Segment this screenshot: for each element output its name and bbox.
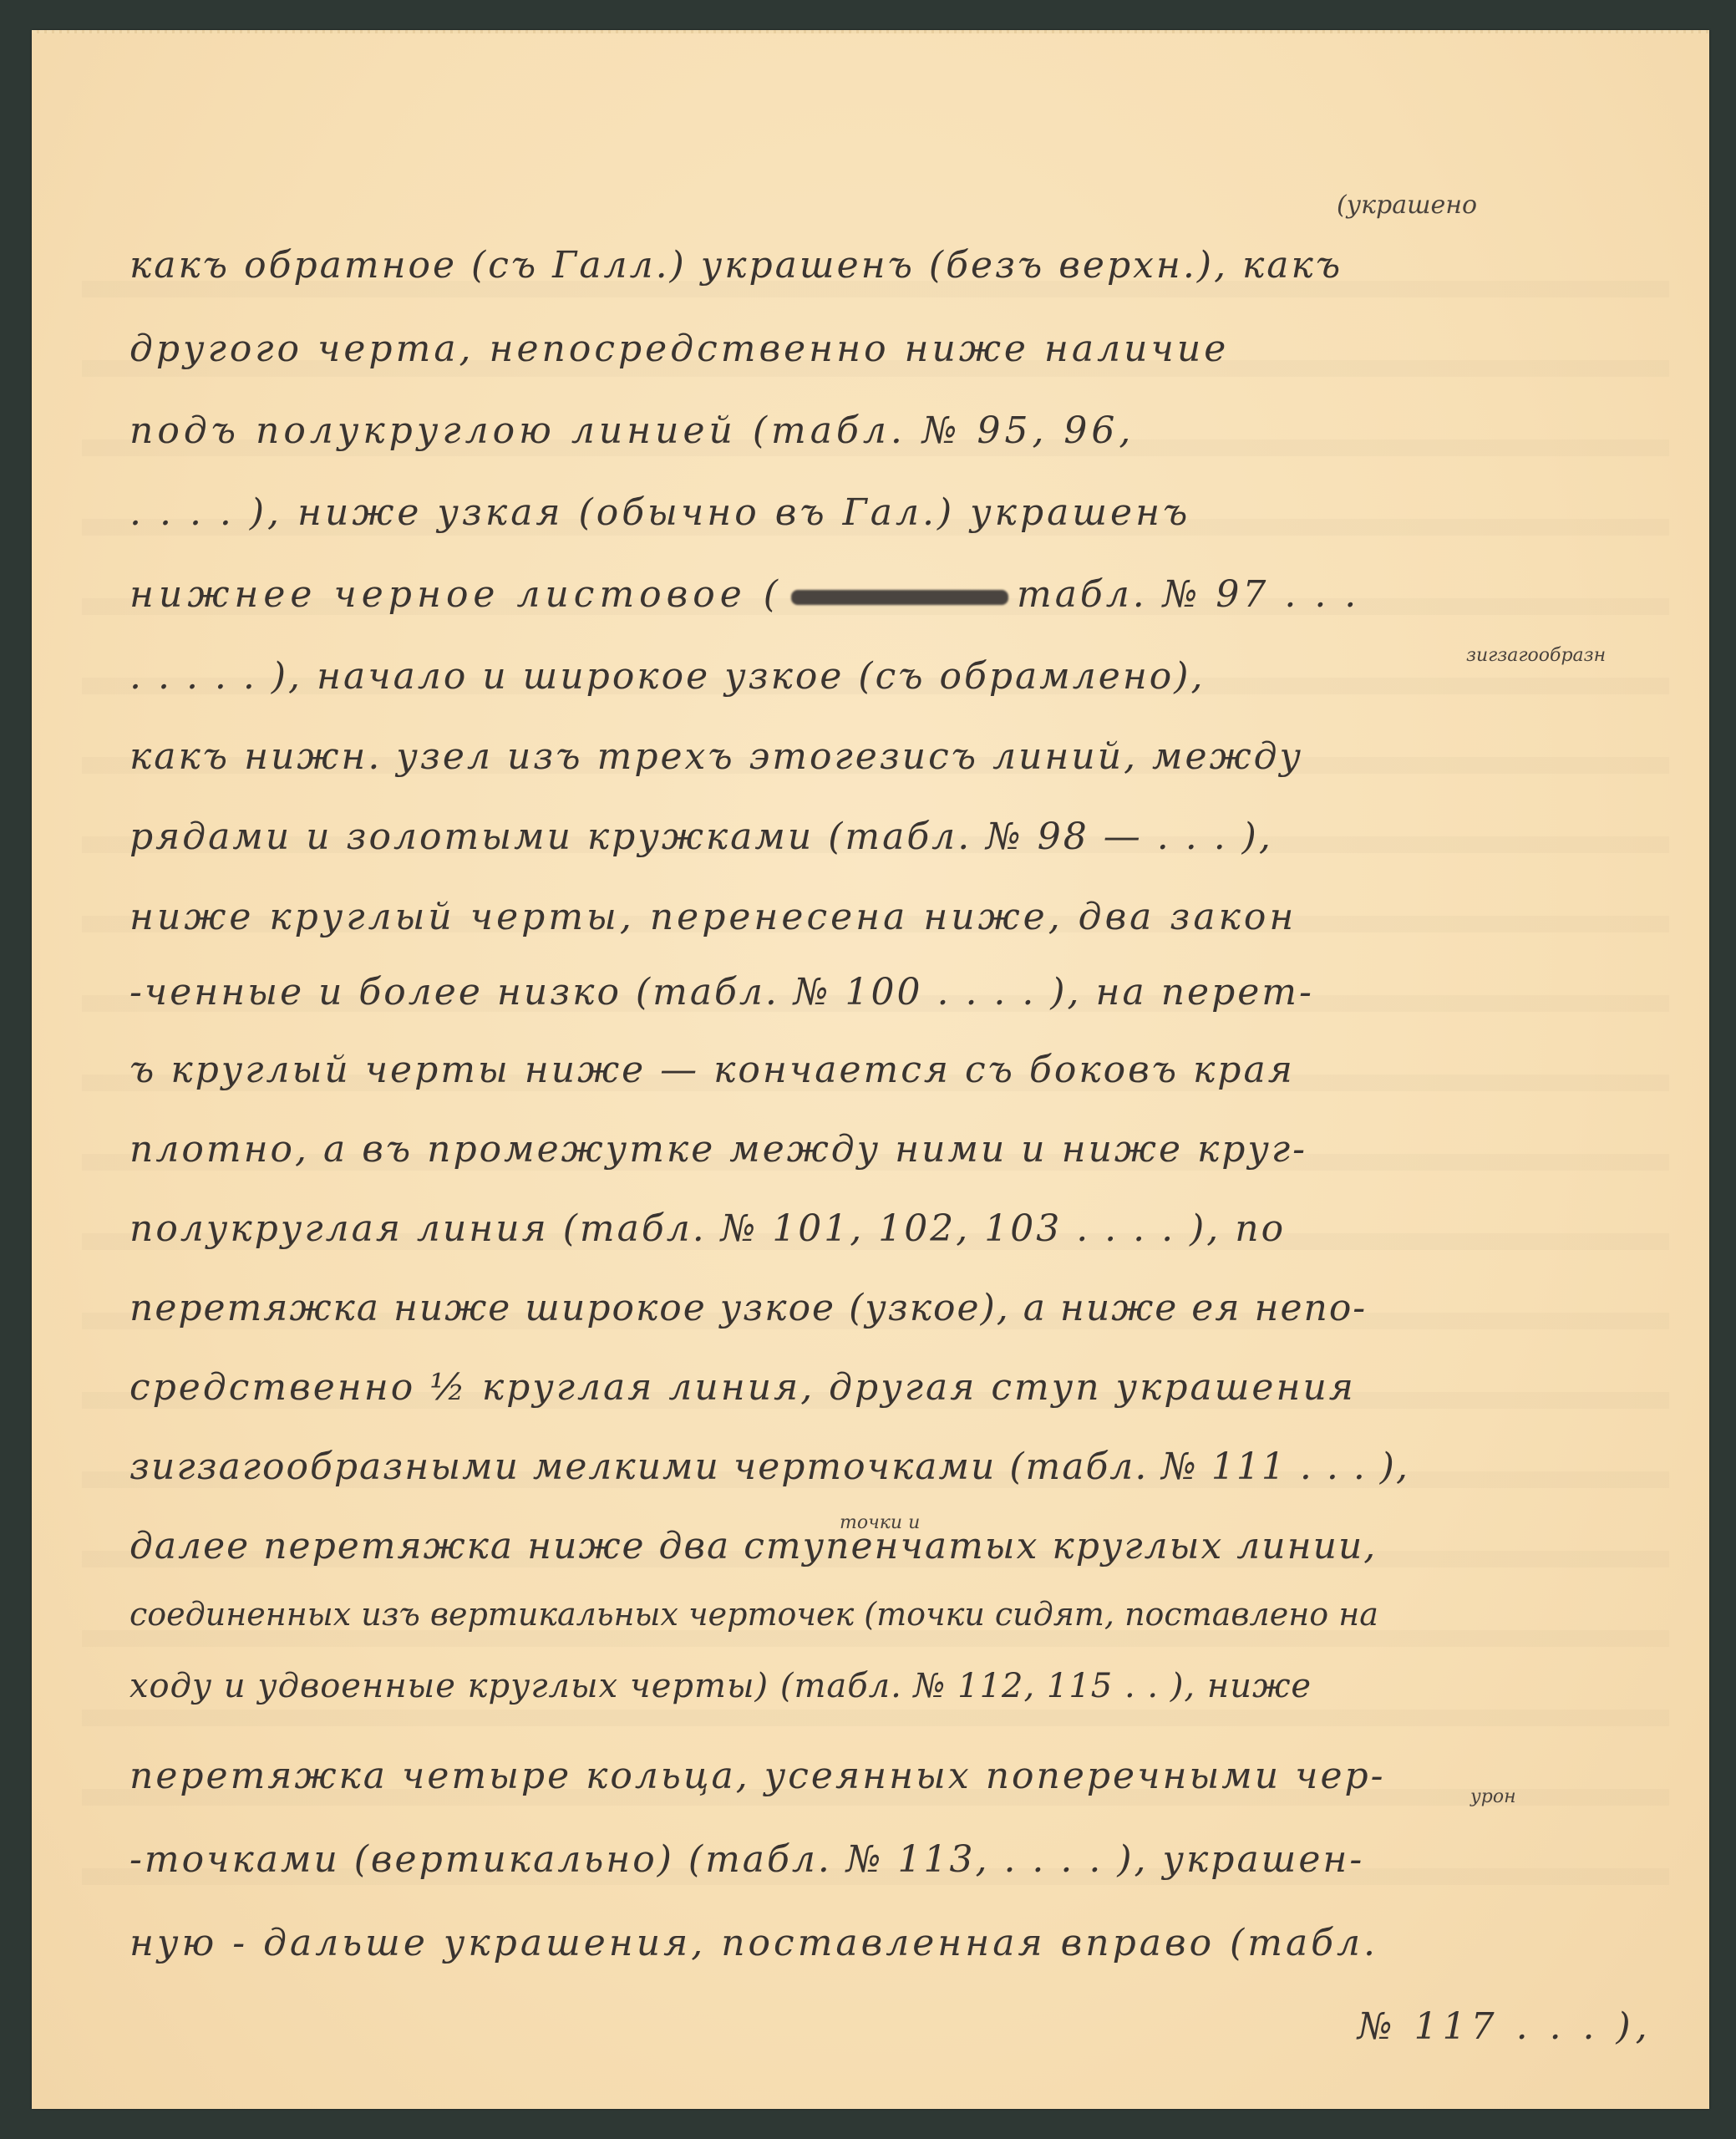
text-line: -ченные и более низко (табл. № 100 . . .… bbox=[129, 971, 1314, 1014]
text-line: плотно, а въ промежутке между ними и ниж… bbox=[129, 1128, 1307, 1171]
text-line: нижнее черное листовое (табл. № 97 . . . bbox=[129, 573, 1359, 616]
text-fragment: табл. № 97 . . . bbox=[1017, 573, 1359, 616]
text-line: зигзагообразными мелкими черточками (таб… bbox=[129, 1445, 1409, 1488]
text-line: перетяжка ниже широкое узкое (узкое), а … bbox=[129, 1287, 1367, 1329]
text-line: какъ нижн. узел изъ трехъ этогезисъ лини… bbox=[129, 735, 1303, 778]
text-line: -точками (вертикально) (табл. № 113, . .… bbox=[129, 1838, 1364, 1881]
text-line: . . . . ), ниже узкая (обычно въ Гал.) у… bbox=[129, 491, 1190, 534]
text-line: какъ обратное (съ Галл.) украшенъ (безъ … bbox=[129, 244, 1343, 287]
interlinear-note: зигзагообразн bbox=[1466, 645, 1606, 666]
interlinear-note: (украшено bbox=[1337, 191, 1477, 220]
text-line: рядами и золотыми кружками (табл. № 98 —… bbox=[129, 815, 1273, 858]
text-line: далее перетяжка ниже два ступенчатых кру… bbox=[129, 1525, 1377, 1567]
text-line: перетяжка четыре кольца, усеянных попере… bbox=[129, 1755, 1386, 1797]
text-line: средственно ½ круглая линия, другая ступ… bbox=[129, 1366, 1356, 1409]
text-line: соединенных изъ вертикальных черточек (т… bbox=[129, 1596, 1378, 1633]
text-line: другого черта, непосредственно ниже нали… bbox=[129, 328, 1229, 370]
text-line: ходу и удвоенные круглых черты) (табл. №… bbox=[129, 1667, 1312, 1705]
text-line: полукруглая линия (табл. № 101, 102, 103… bbox=[129, 1207, 1286, 1250]
text-line: . . . . . ), начало и широкое узкое (съ … bbox=[129, 655, 1205, 698]
text-line: № 117 . . . ), bbox=[1358, 2005, 1652, 2048]
text-fragment: нижнее черное листовое ( bbox=[129, 573, 783, 616]
text-line: ниже круглый черты, перенесена ниже, два… bbox=[129, 896, 1297, 938]
interlinear-note: урон bbox=[1470, 1786, 1516, 1807]
text-line: подъ полукруглою линией (табл. № 95, 96, bbox=[129, 409, 1134, 452]
crossed-out-word bbox=[791, 590, 1008, 605]
text-line: ъ круглый черты ниже — кончается съ боко… bbox=[129, 1049, 1295, 1091]
text-line: ную - дальше украшения, поставленная впр… bbox=[129, 1922, 1378, 1964]
